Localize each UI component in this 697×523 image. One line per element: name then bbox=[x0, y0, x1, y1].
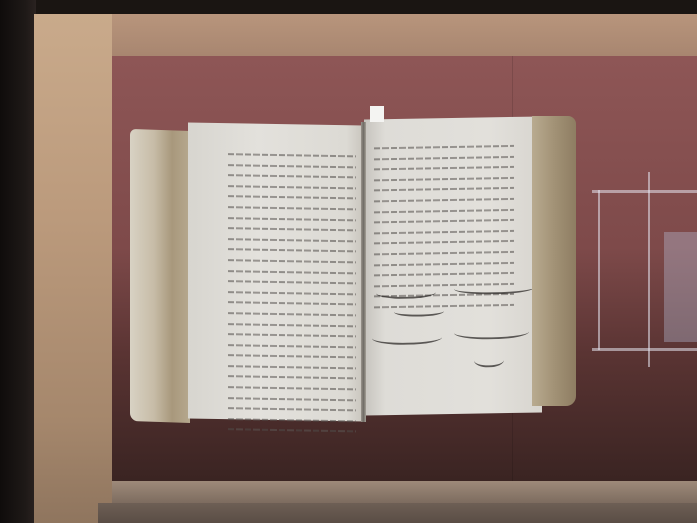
notary-mark bbox=[474, 353, 504, 368]
signature-5 bbox=[454, 325, 529, 340]
manuscript-book bbox=[128, 112, 578, 422]
display-case-base bbox=[98, 503, 697, 523]
signature-2 bbox=[454, 282, 534, 295]
museum-display-scene bbox=[0, 0, 697, 523]
right-page bbox=[364, 116, 542, 415]
bookmark-tab bbox=[370, 106, 384, 122]
left-page bbox=[188, 122, 364, 421]
display-case-frame-top bbox=[0, 0, 697, 14]
left-page-handwriting bbox=[228, 153, 356, 441]
book-right-page-edges bbox=[532, 116, 576, 406]
acrylic-display-stand bbox=[592, 172, 697, 367]
book-spine-gutter bbox=[361, 122, 366, 422]
display-case-frame-left bbox=[0, 0, 36, 523]
display-case-wood-ceiling bbox=[34, 14, 697, 56]
display-case-wood-side-panel bbox=[34, 14, 112, 523]
display-case-ledge bbox=[112, 481, 697, 503]
signature-4 bbox=[372, 330, 442, 345]
book-left-page-edges bbox=[130, 129, 190, 423]
